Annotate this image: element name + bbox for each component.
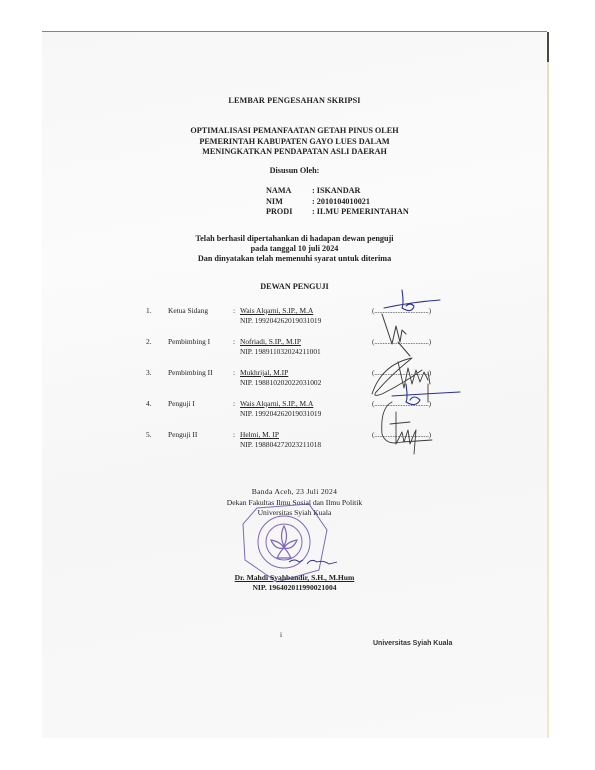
examiner-role: Ketua Sidang bbox=[168, 306, 248, 316]
dean-nip: NIP. 196402011990021004 bbox=[42, 583, 547, 592]
field-value: : ILMU PEMERINTAHAN bbox=[312, 207, 409, 218]
examiner-name: Nofriadi, S.IP., M.IP bbox=[240, 337, 301, 347]
examiner-name: Wais Alqarni, S.IP., M.A bbox=[240, 399, 313, 409]
separator: : bbox=[233, 368, 235, 378]
page-edge bbox=[547, 32, 549, 738]
dean-name: Dr. Mahdi Syahbandir, S.H., M.Hum bbox=[42, 573, 547, 582]
field-label: NIM bbox=[266, 197, 312, 208]
page-footer: Universitas Syiah Kuala bbox=[373, 640, 452, 647]
thesis-title: OPTIMALISASI PEMANFAATAN GETAH PINUS OLE… bbox=[42, 126, 547, 158]
page-number: i bbox=[280, 630, 282, 639]
handwritten-signatures-icon bbox=[362, 284, 452, 464]
place-date: Banda Aceh, 23 Juli 2024 bbox=[42, 487, 547, 496]
field-label: PRODI bbox=[266, 207, 312, 218]
examiner-role: Penguji II bbox=[168, 430, 248, 440]
examiner-number: 5. bbox=[146, 430, 166, 440]
student-row-name: NAMA : ISKANDAR bbox=[266, 186, 409, 197]
examiner-nip: NIP. 199204262019031019 bbox=[240, 409, 321, 419]
document-title: LEMBAR PENGESAHAN SKRIPSI bbox=[42, 96, 547, 105]
thesis-title-line: OPTIMALISASI PEMANFAATAN GETAH PINUS OLE… bbox=[42, 126, 547, 137]
examiner-nip: NIP. 199204262019031019 bbox=[240, 316, 321, 326]
examiner-role: Pembimbing II bbox=[168, 368, 248, 378]
thesis-title-line: PEMERINTAH KABUPATEN GAYO LUES DALAM bbox=[42, 137, 547, 148]
defense-line: pada tanggal 10 juli 2024 bbox=[42, 244, 547, 254]
defense-line: Dan dinyatakan telah memenuhi syarat unt… bbox=[42, 254, 547, 264]
thesis-title-line: MENINGKATKAN PENDAPATAN ASLI DAERAH bbox=[42, 147, 547, 158]
scanned-page: LEMBAR PENGESAHAN SKRIPSI OPTIMALISASI P… bbox=[42, 32, 547, 738]
defense-statement: Telah berhasil dipertahankan di hadapan … bbox=[42, 234, 547, 265]
examiner-number: 4. bbox=[146, 399, 166, 409]
student-row-nim: NIM : 2010104010021 bbox=[266, 197, 409, 208]
separator: : bbox=[233, 399, 235, 409]
board-heading: DEWAN PENGUJI bbox=[42, 282, 547, 291]
prepared-by-label: Disusun Oleh: bbox=[42, 166, 547, 175]
separator: : bbox=[233, 306, 235, 316]
field-value: : 2010104010021 bbox=[312, 197, 370, 208]
student-identity: NAMA : ISKANDAR NIM : 2010104010021 PROD… bbox=[266, 186, 409, 218]
examiner-nip: NIP. 198804272023211018 bbox=[240, 440, 321, 450]
examiner-role: Penguji I bbox=[168, 399, 248, 409]
examiner-nip: NIP. 198810202022031002 bbox=[240, 378, 321, 388]
student-row-prodi: PRODI : ILMU PEMERINTAHAN bbox=[266, 207, 409, 218]
examiner-role: Pembimbing I bbox=[168, 337, 248, 347]
examiner-name: Helmi, M. IP bbox=[240, 430, 279, 440]
separator: : bbox=[233, 430, 235, 440]
examiner-number: 1. bbox=[146, 306, 166, 316]
examiner-name: Mukhrijal, M.IP bbox=[240, 368, 288, 378]
examiner-name: Wais Alqarni, S.IP., M.A bbox=[240, 306, 313, 316]
examiner-number: 2. bbox=[146, 337, 166, 347]
field-value: : ISKANDAR bbox=[312, 186, 360, 197]
examiner-number: 3. bbox=[146, 368, 166, 378]
examiner-nip: NIP. 198911032024211001 bbox=[240, 347, 321, 357]
separator: : bbox=[233, 337, 235, 347]
defense-line: Telah berhasil dipertahankan di hadapan … bbox=[42, 234, 547, 244]
field-label: NAMA bbox=[266, 186, 312, 197]
